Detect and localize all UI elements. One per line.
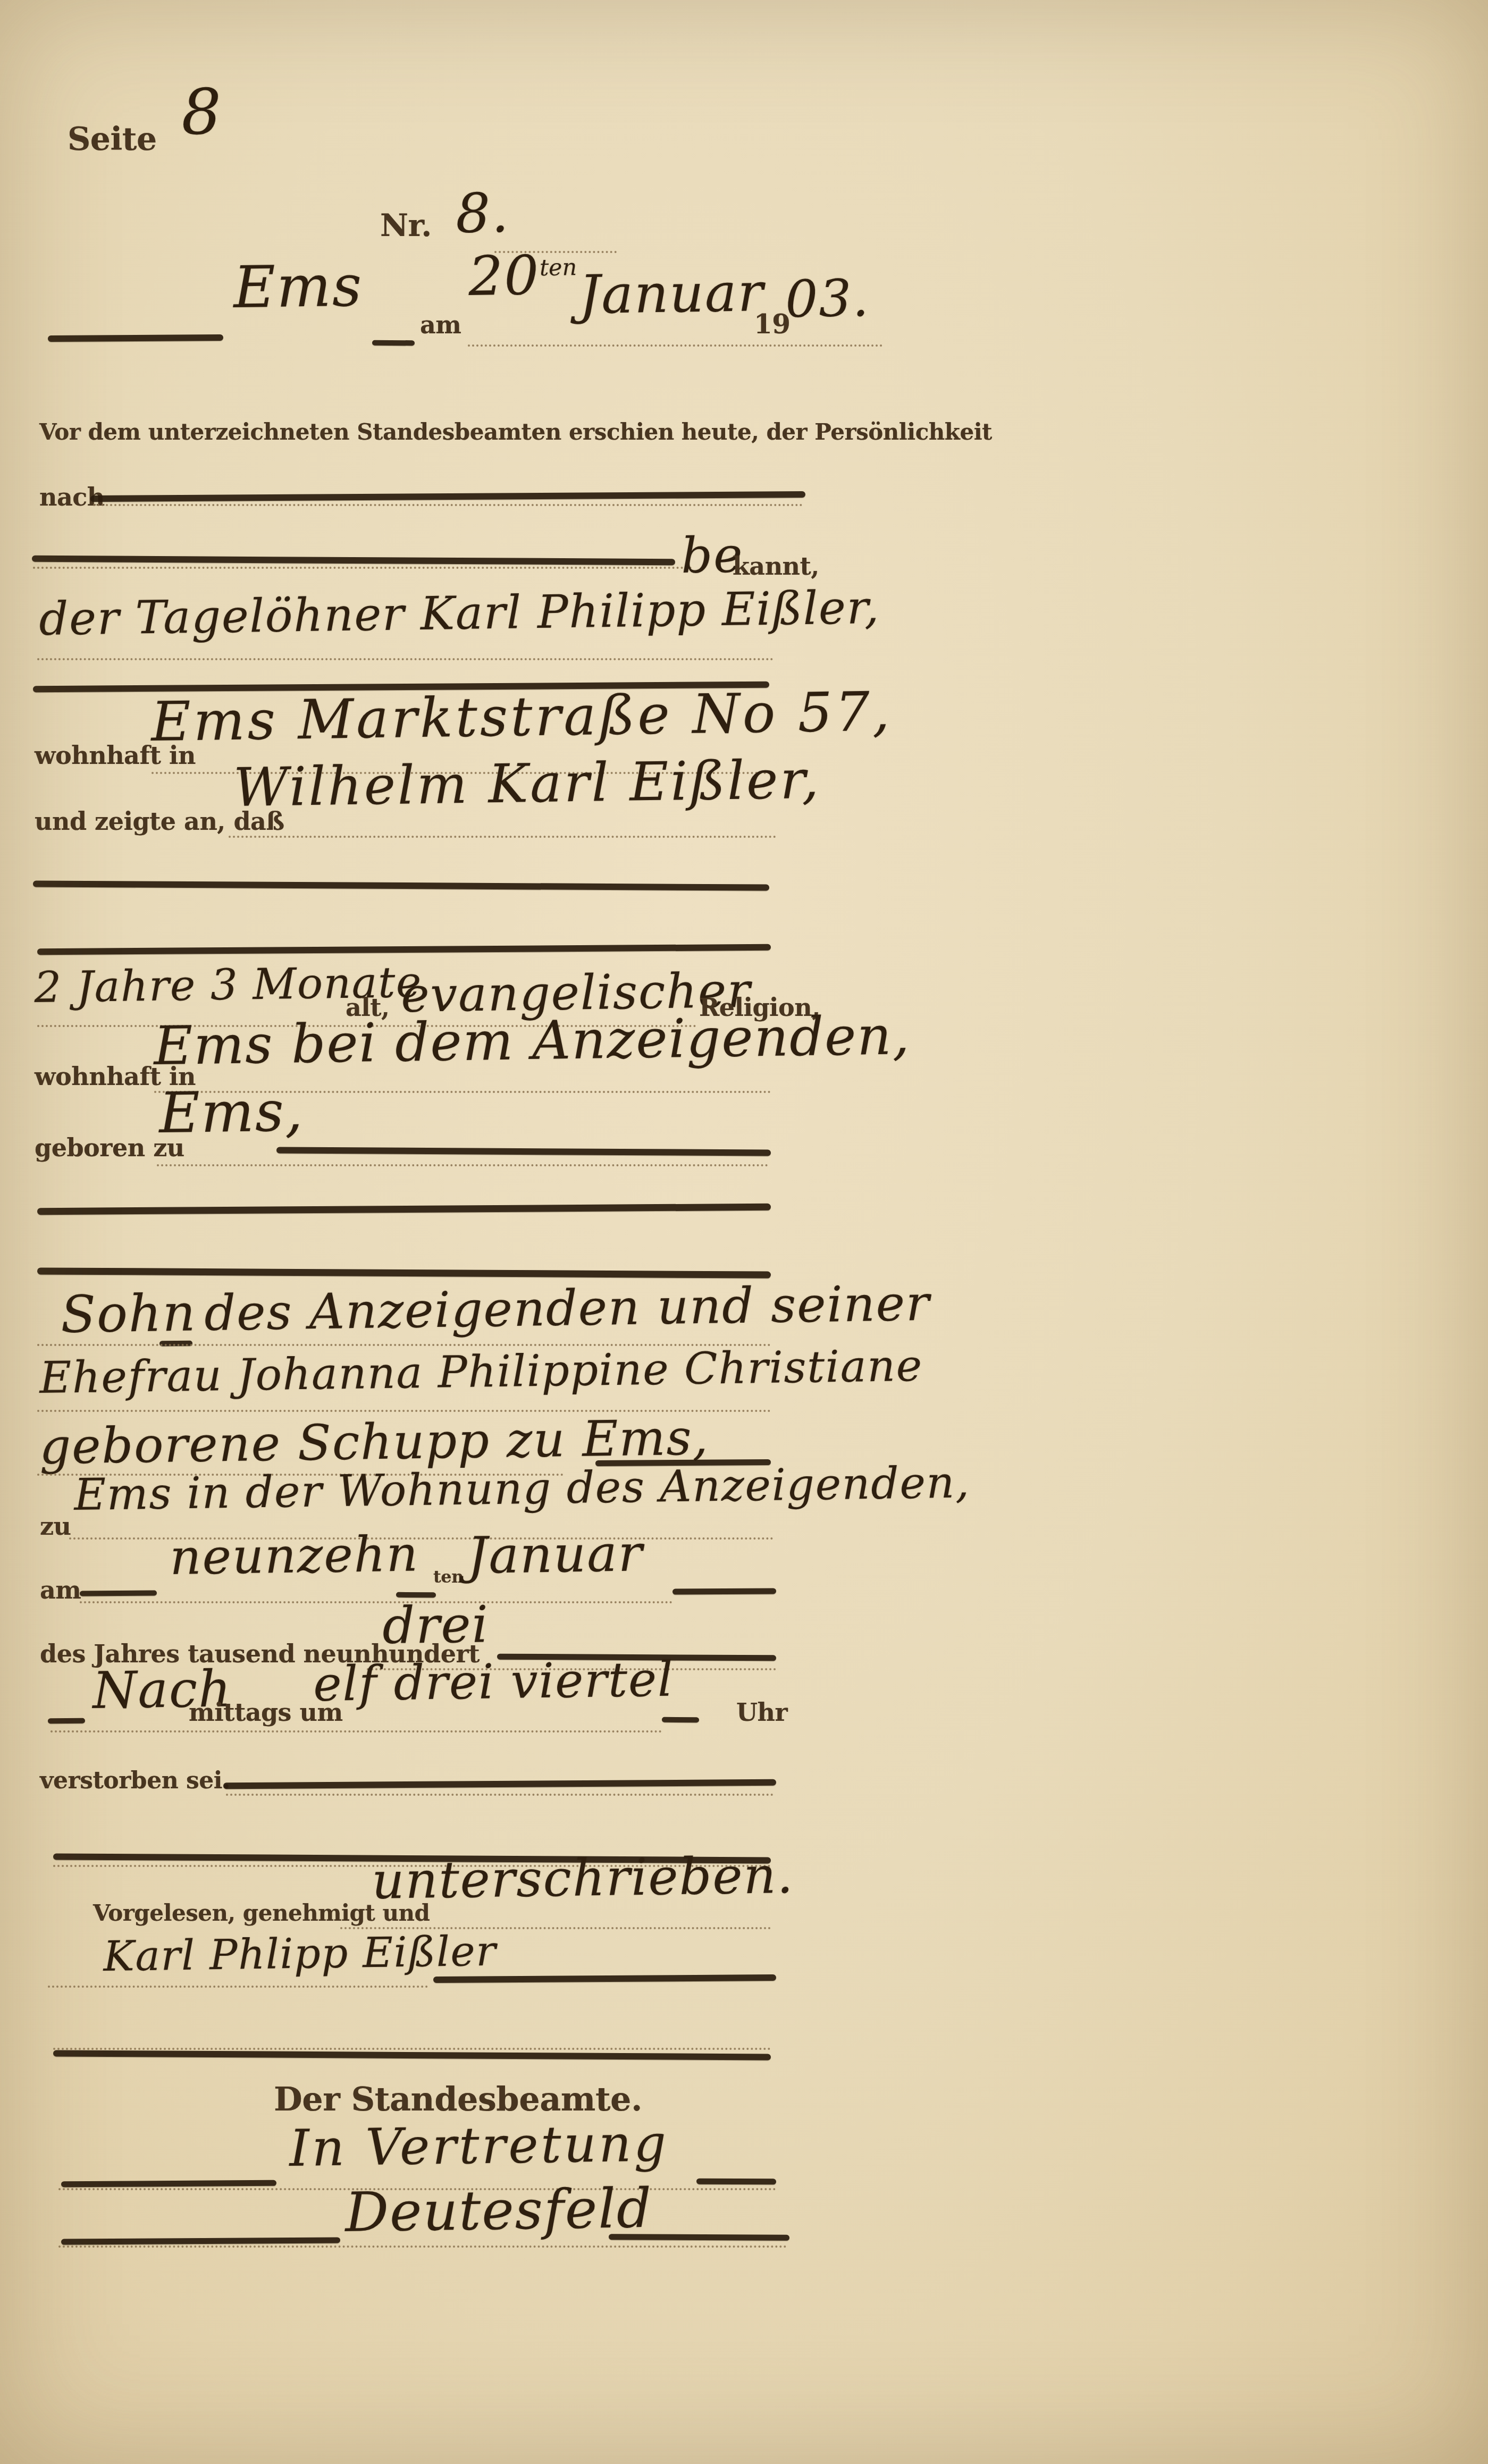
date-day: 20ten — [468, 248, 577, 304]
filled-blank-line — [90, 491, 805, 502]
year-printed: 19 — [754, 311, 791, 338]
death-day: neunzehn — [170, 1529, 419, 1582]
am-label: am — [420, 313, 461, 337]
ink-dash — [61, 2180, 276, 2187]
year-written: 03. — [785, 273, 870, 325]
dotted-baseline — [80, 1601, 672, 1603]
date-day-number: 20 — [468, 244, 540, 308]
dotted-baseline — [33, 567, 692, 569]
dotted-baseline — [157, 1164, 768, 1166]
ink-dash — [696, 2179, 776, 2185]
filled-blank-line — [223, 1779, 776, 1789]
unterschrieben-handwritten: unterschrieben. — [372, 1851, 795, 1907]
record-number-label: Nr. — [380, 210, 432, 241]
page-number: 8 — [181, 80, 223, 144]
dotted-baseline — [229, 836, 776, 838]
zu-label: zu — [40, 1514, 71, 1538]
vertretung-handwritten: In Vertretung — [289, 2118, 669, 2174]
sohn-word: Sohn — [61, 1287, 197, 1340]
record-number-value: 8. — [456, 187, 510, 241]
filled-blank-line — [32, 556, 675, 565]
death-time: elf drei viertel — [313, 1656, 674, 1709]
filled-blank-line — [53, 2050, 771, 2060]
ink-dash — [80, 1591, 157, 1596]
death-month: Januar — [467, 1528, 644, 1582]
deceased-residence: Ems bei dem Anzeigenden, — [154, 1009, 911, 1073]
parentage-line1: des Anzeigenden und seiner — [204, 1279, 931, 1338]
ink-dash — [372, 340, 415, 346]
seite-label: Seite — [68, 123, 157, 155]
place-name: Ems — [233, 258, 363, 317]
bekannt-printed: kannt, — [733, 554, 819, 578]
filled-blank-line — [37, 944, 771, 955]
ink-dash — [609, 2234, 789, 2241]
death-am-label: am — [40, 1578, 81, 1602]
filled-blank-line — [37, 1204, 771, 1215]
dotted-baseline — [226, 1794, 774, 1796]
filled-blank-line — [37, 1267, 771, 1278]
ink-dash — [662, 1717, 699, 1722]
dotted-baseline — [48, 1986, 428, 1988]
death-place: Ems in der Wohnung des Anzeigenden, — [74, 1461, 970, 1517]
ink-dash — [672, 1588, 776, 1594]
filled-blank-line — [433, 1974, 776, 1983]
declarant-name-line: der Tagelöhner Karl Philipp Eißler, — [39, 585, 880, 642]
dotted-baseline — [93, 504, 803, 506]
filled-blank-line — [48, 334, 223, 342]
date-month: Januar — [579, 266, 764, 322]
registrar-signature: Deutesfeld — [345, 2182, 653, 2240]
filled-blank-line — [33, 880, 769, 890]
standesbeamte-title: Der Standesbeamte. — [274, 2083, 642, 2116]
dotted-baseline — [53, 2048, 771, 2050]
deceased-name: Wilhelm Karl Eißler, — [233, 753, 821, 814]
declarant-address: Ems Marktstraße No 57, — [151, 685, 893, 750]
death-day-suffix: ten — [433, 1568, 464, 1585]
filled-blank-line — [276, 1147, 771, 1156]
dotted-baseline — [58, 2246, 787, 2248]
parentage-line2: Ehefrau Johanna Philippine Christiane — [39, 1344, 923, 1400]
uhr-label: Uhr — [736, 1700, 787, 1725]
deceased-birthplace: Ems, — [159, 1083, 304, 1141]
dotted-baseline — [37, 658, 774, 660]
declarant-signature: Karl Phlipp Eißler — [103, 1931, 497, 1978]
dotted-baseline — [468, 344, 882, 347]
death-register-page: Seite 8 Nr. 8. Ems am 20ten Januar 19 03… — [0, 0, 1488, 2464]
verstorben-label: verstorben sei. — [40, 1769, 230, 1793]
dotted-baseline — [51, 1730, 662, 1733]
intro-line: Vor dem unterzeichneten Standesbeamten e… — [39, 421, 992, 443]
date-day-suffix: ten — [540, 254, 577, 281]
ink-dash — [48, 1718, 85, 1723]
death-year: drei — [382, 1600, 490, 1652]
ink-dash — [61, 2237, 340, 2244]
